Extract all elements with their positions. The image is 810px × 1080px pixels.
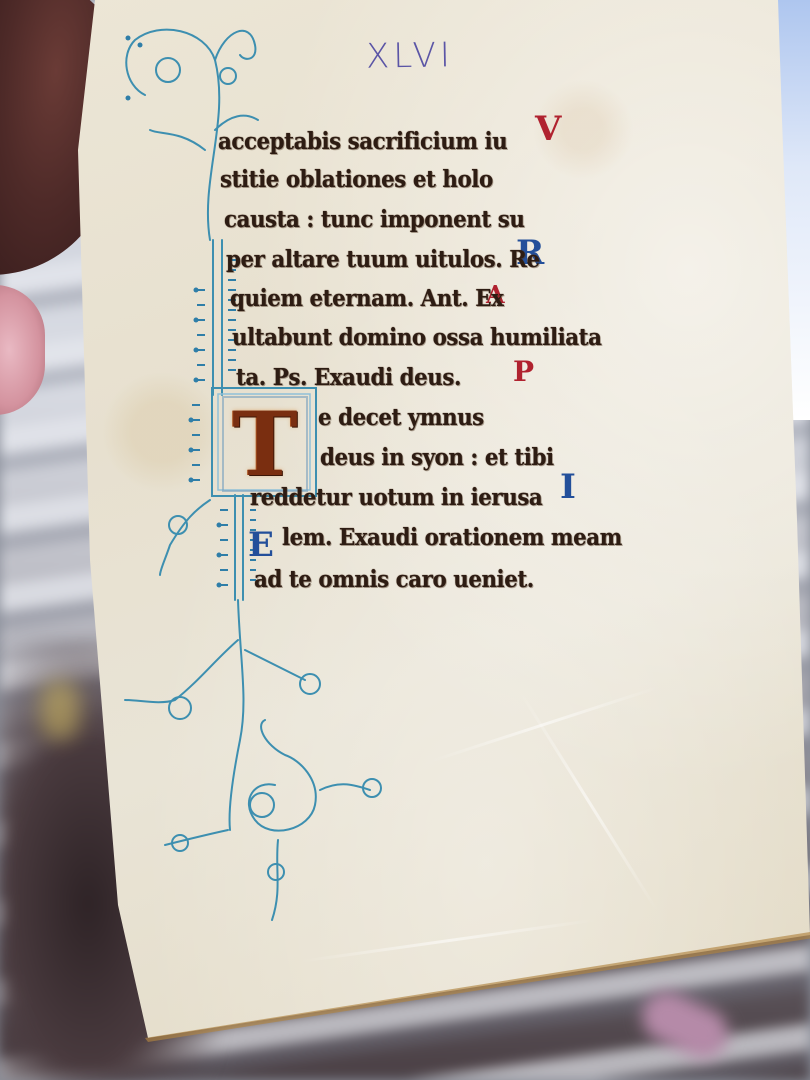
yellow-object-blur bbox=[40, 680, 80, 740]
manuscript-line: deus in syon : et tibi bbox=[320, 444, 554, 471]
manuscript-line: lem. Exaudi orationem meam bbox=[282, 524, 622, 551]
rubric-mark-red: P bbox=[513, 358, 534, 386]
illuminated-initial: T bbox=[222, 396, 308, 492]
rubric-initial-blue: E bbox=[248, 528, 274, 562]
manuscript-line: ultabunt domino ossa humiliata bbox=[232, 324, 601, 351]
manuscript-line: reddetur uotum in ierusa bbox=[250, 484, 542, 511]
rubric-initial-red: V bbox=[535, 112, 561, 146]
manuscript-line: ta. Ps. Exaudi deus. bbox=[236, 364, 461, 391]
rubric-initial-blue: I bbox=[560, 470, 576, 504]
manuscript-line: stitie oblationes et holo bbox=[220, 166, 493, 193]
manuscript-line: ad te omnis caro ueniet. bbox=[254, 566, 534, 593]
folio-number: XLVI bbox=[366, 35, 454, 77]
manuscript-line: quiem eternam. Ant. Ex bbox=[230, 285, 503, 312]
manuscript-line: causta : tunc imponent su bbox=[224, 206, 524, 233]
manuscript-line: per altare tuum uitulos. Re bbox=[226, 246, 540, 273]
manuscript-line: e decet ymnus bbox=[318, 404, 484, 431]
illuminated-initial-letter: T bbox=[224, 398, 306, 490]
manuscript-line: acceptabis sacrificium iu bbox=[218, 128, 507, 155]
